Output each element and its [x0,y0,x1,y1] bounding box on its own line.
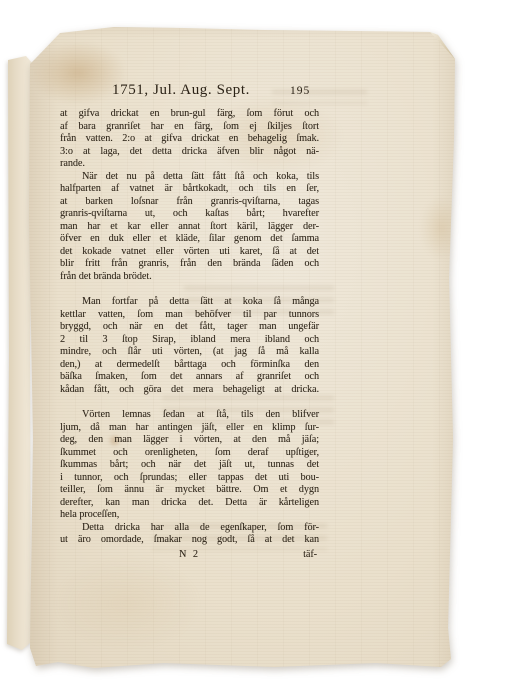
paragraph-1: at gifva drickat en brun-gul färg, ſom f… [60,108,319,171]
text-line: Detta dricka har alla de egenſkaper, ſom… [60,522,319,535]
paragraph-3: Man fortfar på detta ſätt at koka ſå mån… [60,296,319,396]
text-line: kettlar vatten, ſom man behöfver til par… [60,309,319,322]
text-line: derefter, kan man dricka det. Detta är k… [60,497,319,510]
text-line: at gifva drickat en brun-gul färg, ſom f… [60,108,319,121]
text-line: ljum, då man har antingen jäſt, eller en… [60,422,319,435]
paragraph-2: När det nu på detta ſätt fått ſtå och ko… [60,171,319,284]
text-line: teiller, ſom ännu är mycket bättre. Om e… [60,484,319,497]
text-line: från det brända brödet. [60,271,319,284]
text-line: man har et kar eller annat ſtort käril, … [60,221,319,234]
page-number: 195 [290,85,310,97]
text-line: 3:o at laga, det detta dricka äfven blir… [60,146,319,159]
text-line: öfver en duk eller et kläde, ſilar genom… [60,233,319,246]
signature-mark: N 2 [179,549,200,560]
text-line: bryggd, och när en det fått, tager man u… [60,321,319,334]
text-line: mindre, och ſlår uti vörten, (at jag ſå … [60,346,319,359]
text-line: det kokade vatnet eller vörten uti karet… [60,246,319,259]
catchword: täf- [303,549,317,562]
paragraph-4: Vörten lemnas ſedan at ſtå, tils den bli… [60,409,319,522]
text-line: ut äro omordade, ſmakar nog godt, ſå at … [60,534,319,547]
text-line: granris-qviſtarna ut, och kaſtas bårt; h… [60,208,319,221]
text-line: När det nu på detta ſätt fått ſtå och ko… [60,171,319,184]
book-page: 1751, Jul. Aug. Sept. 195 at gifva drick… [24,18,458,670]
text-line: at barken loſsnar från granris-qviſtarna… [60,196,319,209]
text-line: från vatten. 2:o at gifva drickat en beh… [60,133,319,146]
paragraph-5: Detta dricka har alla de egenſkaper, ſom… [60,522,319,547]
text-block: at gifva drickat en brun-gul färg, ſom f… [60,108,319,561]
text-line: Man fortfar på detta ſätt at koka ſå mån… [60,296,319,309]
text-line: halfparten af vatnet är bårtkokadt, och … [60,183,319,196]
text-line: af bara granriſet har en färg, ſom ej ſk… [60,121,319,134]
text-line: bäſka ſmaken, ſom det annars af granriſe… [60,371,319,384]
text-line: i tunnor, och ſprundas; eller tappas det… [60,472,319,485]
photo-backdrop: 1751, Jul. Aug. Sept. 195 at gifva drick… [0,0,512,700]
text-line: rande. [60,158,319,171]
text-line: kådan fått, och göra det mera behageligt… [60,384,319,397]
paper-stain [420,196,462,260]
text-line: blir fritt från granris, från den brända… [60,258,319,271]
text-line: ſkummas bårt; och när det jäſt ut, tunna… [60,459,319,472]
text-line: den,) at dermedelſt bårttaga och förminſ… [60,359,319,372]
signature-line: N 2 täf- [60,549,319,562]
text-line: 2 til 3 ſtop Sirap, ibland mera ibland o… [60,334,319,347]
running-head: 1751, Jul. Aug. Sept. 195 [24,82,458,102]
paper-stain [52,556,202,651]
text-line: deg, den man lägger i vörten, at den må … [60,434,319,447]
page-paper: 1751, Jul. Aug. Sept. 195 at gifva drick… [24,18,458,670]
running-head-date: 1751, Jul. Aug. Sept. [112,82,250,99]
text-line: ſkummet och orenligheten, ſom deraf upſt… [60,447,319,460]
text-line: Vörten lemnas ſedan at ſtå, tils den bli… [60,409,319,422]
text-line: hela proceſſen, [60,509,319,522]
dog-ear-corner-fold [428,31,456,60]
